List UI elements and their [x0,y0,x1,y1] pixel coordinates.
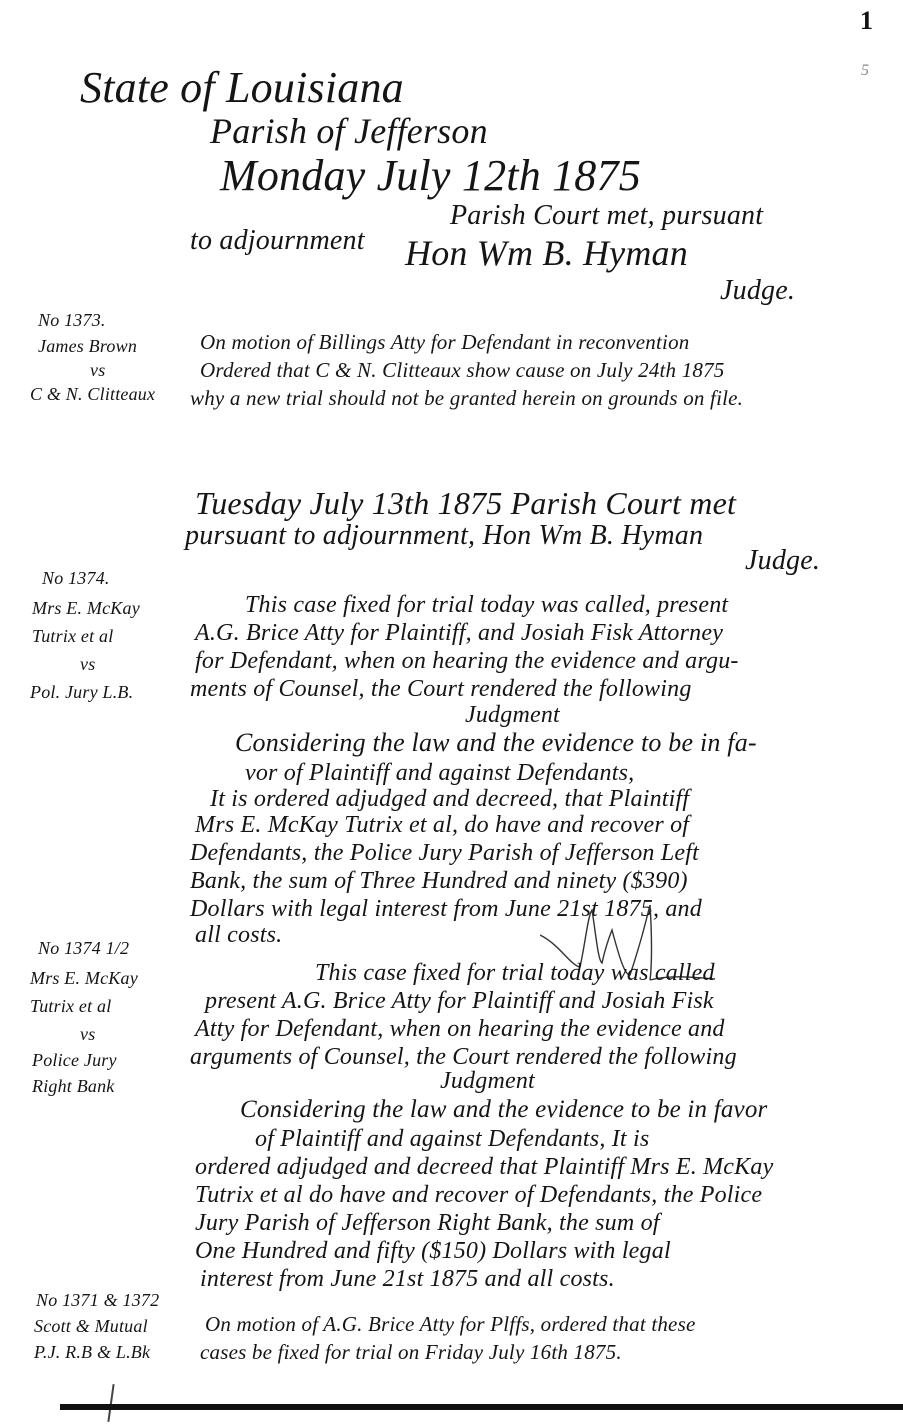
entry-line: A.G. Brice Atty for Plaintiff, and Josia… [195,620,723,647]
margin-party: Mrs E. McKay [30,968,138,989]
heading-court-line: Parish Court met, pursuant [450,200,763,232]
margin-party: Scott & Mutual [34,1316,148,1337]
judgment-title: Judgment [440,1068,535,1095]
judgment-line: One Hundred and fifty ($150) Dollars wit… [195,1238,671,1265]
heading-date: Monday July 12th 1875 [220,150,641,201]
judgment-line: all costs. [195,922,282,949]
entry-line: On motion of Billings Atty for Defendant… [200,330,689,355]
entry-line: This case fixed for trial today was call… [315,960,715,987]
entry-line: Ordered that C & N. Clitteaux show cause… [200,358,725,383]
margin-case-number: No 1371 & 1372 [36,1290,159,1311]
entry-line: present A.G. Brice Atty for Plaintiff an… [205,988,714,1015]
judgment-title: Judgment [465,702,560,729]
judgment-line: Defendants, the Police Jury Parish of Je… [190,840,699,867]
margin-party: P.J. R.B & L.Bk [34,1342,150,1363]
margin-party: James Brown [38,336,137,357]
margin-case-number: No 1373. [38,310,106,331]
heading-judge-title: Judge. [720,275,795,307]
entry-line: Atty for Defendant, when on hearing the … [195,1016,725,1043]
session-judge-title: Judge. [745,545,820,577]
entry-line: why a new trial should not be granted he… [190,386,743,411]
judgment-line: Tutrix et al do have and recover of Defe… [195,1182,762,1209]
entry-line: cases be fixed for trial on Friday July … [200,1340,622,1365]
judgment-line: vor of Plaintiff and against Defendants, [245,760,634,787]
heading-adjournment: to adjournment [190,225,365,257]
page-bottom-border [60,1404,903,1410]
heading-state: State of Louisiana [80,62,404,113]
judgment-line: ordered adjudged and decreed that Plaint… [195,1154,773,1181]
margin-vs: vs [80,654,95,675]
entry-line: This case fixed for trial today was call… [245,592,728,619]
margin-party: Tutrix et al [30,996,111,1017]
judgment-line: of Plaintiff and against Defendants, It … [255,1126,649,1153]
margin-party: C & N. Clitteaux [30,384,155,405]
entry-line: arguments of Counsel, the Court rendered… [190,1044,737,1071]
margin-case-number: No 1374. [42,568,110,589]
margin-case-number: No 1374 1/2 [38,938,129,959]
session-heading: Tuesday July 13th 1875 Parish Court met [195,485,736,522]
heading-judge-name: Hon Wm B. Hyman [405,232,688,274]
corner-mark: 5 [861,62,869,80]
judgment-line: Bank, the sum of Three Hundred and ninet… [190,868,688,895]
session-heading: pursuant to adjournment, Hon Wm B. Hyman [185,520,703,552]
judgment-line: Considering the law and the evidence to … [240,1096,767,1124]
judgment-line: Mrs E. McKay Tutrix et al, do have and r… [195,812,689,839]
judgment-line: Considering the law and the evidence to … [235,728,757,758]
court-record-page: 1 5 State of Louisiana Parish of Jeffers… [0,0,903,1424]
judgment-line: Jury Parish of Jefferson Right Bank, the… [195,1210,660,1237]
judgment-line: It is ordered adjudged and decreed, that… [210,786,689,813]
entry-line: ments of Counsel, the Court rendered the… [190,676,692,703]
margin-party: Right Bank [32,1076,114,1097]
entry-line: On motion of A.G. Brice Atty for Plffs, … [205,1312,695,1337]
heading-parish: Parish of Jefferson [210,110,488,152]
margin-party: Police Jury [32,1050,117,1071]
margin-party: Mrs E. McKay [32,598,140,619]
margin-party: Pol. Jury L.B. [30,682,133,703]
judgment-line: interest from June 21st 1875 and all cos… [200,1266,615,1293]
margin-tick-mark [107,1384,114,1422]
margin-vs: vs [80,1024,95,1045]
page-number: 1 [860,6,873,36]
margin-party: Tutrix et al [32,626,113,647]
entry-line: for Defendant, when on hearing the evide… [195,648,739,675]
margin-vs: vs [90,360,105,381]
